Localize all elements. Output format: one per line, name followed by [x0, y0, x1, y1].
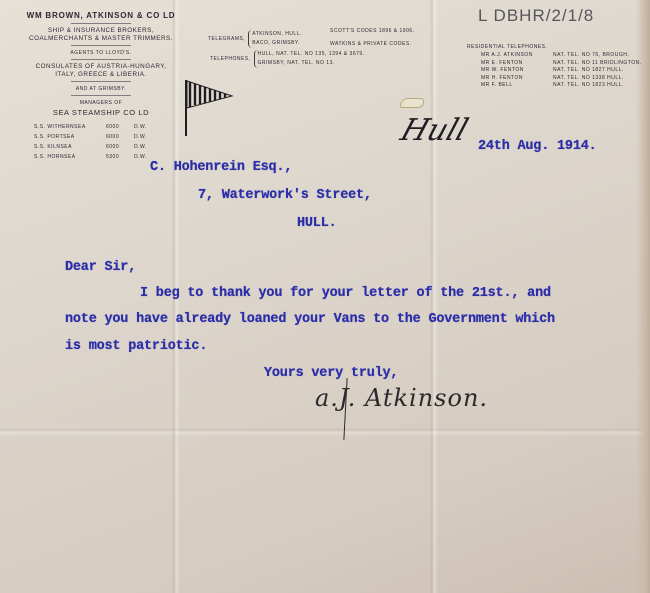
body-line: is most patriotic.: [65, 339, 207, 354]
resident-line: Nat. Tel. No 1827 Hull.: [553, 67, 624, 75]
ship-tonnage: 5300: [106, 154, 134, 160]
signature: a.J. Atkinson.: [315, 384, 488, 412]
ship-unit: D.W.: [134, 124, 147, 130]
recipient-city: HULL.: [297, 216, 337, 231]
resident-name: Mr A.J. Atkinson: [481, 52, 553, 60]
telephone-number: Grimsby, Nat. Tel. No 13.: [258, 59, 365, 68]
ship-tonnage: 6000: [106, 134, 134, 140]
telephones-label: Telephones,: [210, 56, 251, 62]
ship-name: S.S. Kilnsea: [34, 144, 106, 150]
divider: [71, 23, 131, 24]
resident-line: Nat. Tel. No 1338 Hull.: [553, 75, 624, 83]
ship-name: S.S. Withernsea: [34, 124, 106, 130]
resident-name: Mr W. Fenton: [481, 67, 553, 75]
codes-block: Scott's Codes 1896 & 1906. Watkins & Pri…: [330, 25, 415, 51]
resident-name: Mr E. Fenton: [481, 60, 553, 68]
telegrams-label: Telegrams,: [208, 36, 245, 42]
resident-line: Nat. Tel. No 76, Brough.: [553, 52, 629, 60]
ship-row: S.S. Kilnsea 6000 D.W.: [34, 142, 192, 152]
closing: Yours very truly,: [264, 366, 398, 381]
divider: [71, 95, 131, 96]
house-flag-icon: [180, 78, 240, 140]
divider: [71, 59, 131, 60]
ship-unit: D.W.: [134, 154, 147, 160]
residential-row: Mr A.J. Atkinson Nat. Tel. No 76, Brough…: [467, 52, 642, 60]
telegram-address: Baco, Grimsby.: [252, 39, 302, 48]
telephones-block: Telephones, Hull, Nat. Tel. No 135, 1394…: [210, 50, 365, 68]
ship-unit: D.W.: [134, 144, 147, 150]
managed-company: Sea Steamship Co Ld: [10, 108, 192, 117]
resident-name: Mr H. Fenton: [481, 75, 553, 83]
divider: [71, 81, 131, 82]
agents-line: Agents to Lloyd's.: [10, 50, 192, 56]
body-line: I beg to thank you for your letter of th…: [140, 286, 551, 301]
salutation: Dear Sir,: [65, 260, 136, 275]
ship-row: S.S. Portsea 6000 D.W.: [34, 132, 192, 142]
ship-tonnage: 6000: [106, 144, 134, 150]
firm-name: Wm Brown, Atkinson & Co Ld: [10, 11, 192, 20]
business-line: Ship & Insurance Brokers,: [10, 27, 192, 34]
resident-line: Nat. Tel. No 11 Bridlington.: [553, 60, 642, 68]
code-line: Watkins & Private Codes.: [330, 38, 415, 51]
ship-name: S.S. Portsea: [34, 134, 106, 140]
resident-line: Nat. Tel. No 1823 Hull.: [553, 82, 624, 90]
paper-tab-mark: [400, 98, 424, 108]
business-line: Coalmerchants & Master Trimmers.: [10, 35, 192, 42]
ship-unit: D.W.: [134, 134, 147, 140]
body-line: note you have already loaned your Vans t…: [65, 312, 555, 327]
letter-date: 24th Aug. 1914.: [478, 139, 597, 154]
place-script: Hull: [396, 113, 472, 148]
residential-row: Mr E. Fenton Nat. Tel. No 11 Bridlington…: [467, 60, 642, 68]
residential-row: Mr W. Fenton Nat. Tel. No 1827 Hull.: [467, 67, 642, 75]
telegrams-block: Telegrams, Atkinson, Hull. Baco, Grimsby…: [208, 30, 302, 48]
code-line: Scott's Codes 1896 & 1906.: [330, 25, 415, 38]
consulates-line: Italy, Greece & Liberia.: [10, 71, 192, 78]
telephone-number: Hull, Nat. Tel. No 135, 1394 & 3679.: [258, 50, 365, 59]
recipient-name: C. Hohenrein Esq.,: [150, 160, 292, 175]
residential-row: Mr F. Bell Nat. Tel. No 1823 Hull.: [467, 82, 642, 90]
ship-row: S.S. Withernsea 6000 D.W.: [34, 122, 192, 132]
telegrams-list: Atkinson, Hull. Baco, Grimsby.: [248, 30, 302, 48]
ship-name: S.S. Hornsea: [34, 154, 106, 160]
ship-list: S.S. Withernsea 6000 D.W. S.S. Portsea 6…: [10, 122, 192, 162]
residential-title: Residential Telephones.: [467, 44, 642, 50]
managers-label: Managers of: [10, 100, 192, 106]
letterhead-left: Wm Brown, Atkinson & Co Ld Ship & Insura…: [10, 8, 192, 162]
telegram-address: Atkinson, Hull.: [252, 30, 302, 39]
ship-tonnage: 6000: [106, 124, 134, 130]
divider: [71, 45, 131, 46]
archive-reference: L DBHR/2/1/8: [478, 6, 594, 26]
resident-name: Mr F. Bell: [481, 82, 553, 90]
recipient-street: 7, Waterwork's Street,: [198, 188, 372, 203]
consulates-line: Consulates of Austria-Hungary,: [10, 63, 192, 70]
letterhead-right: Residential Telephones. Mr A.J. Atkinson…: [467, 44, 642, 90]
residential-row: Mr H. Fenton Nat. Tel. No 1338 Hull.: [467, 75, 642, 83]
branch-line: And at Grimsby.: [10, 86, 192, 92]
telephones-list: Hull, Nat. Tel. No 135, 1394 & 3679. Gri…: [254, 50, 365, 68]
